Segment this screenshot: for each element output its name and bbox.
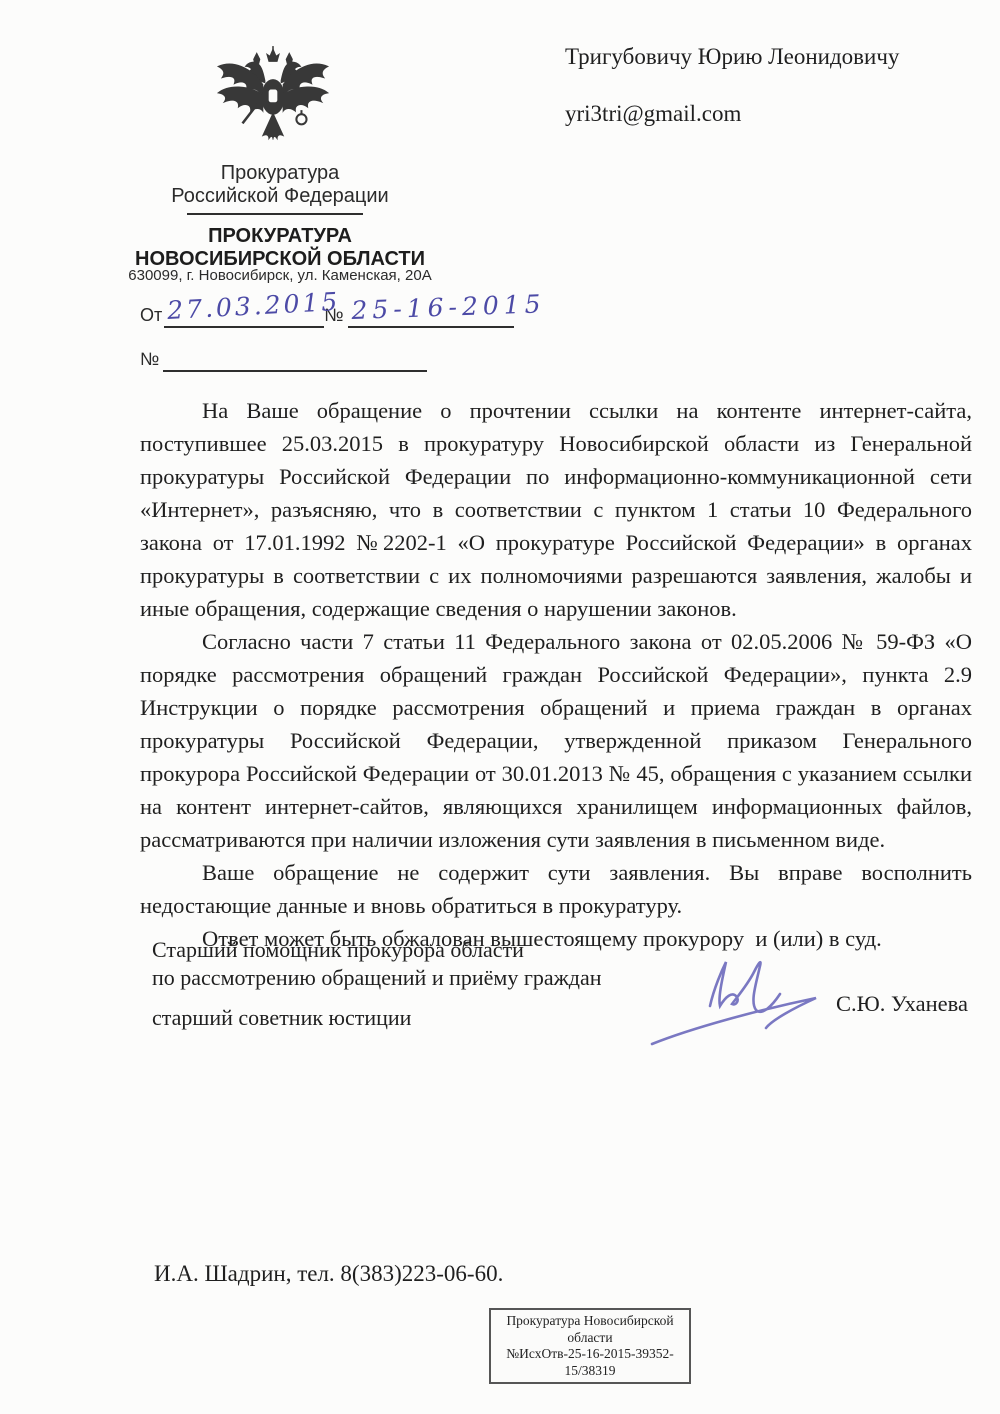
stamp-line2: области bbox=[492, 1330, 688, 1347]
handwritten-signature bbox=[648, 940, 858, 1060]
stamp-line1: Прокуратура Новосибирской bbox=[492, 1313, 688, 1330]
handwritten-number: 25-16-2015 bbox=[351, 289, 546, 325]
paragraph-2: Согласно части 7 статьи 11 Федерального … bbox=[140, 625, 972, 856]
registration-stamp: Прокуратура Новосибирской области №ИсхОт… bbox=[489, 1308, 691, 1384]
date-underline: 27.03.2015 bbox=[164, 296, 324, 328]
blank-underline bbox=[163, 340, 427, 372]
signer-position-line2: по рассмотрению обращений и приёму гражд… bbox=[152, 964, 602, 992]
signature-icon bbox=[648, 940, 858, 1055]
org-name-line1: ПРОКУРАТУРА bbox=[110, 225, 450, 248]
parent-org-name: Прокуратура Российской Федерации bbox=[130, 162, 430, 208]
handwritten-date: 27.03.2015 bbox=[167, 287, 341, 325]
number-label-2: № bbox=[140, 349, 159, 372]
signer-name: С.Ю. Уханева bbox=[836, 991, 968, 1017]
number-underline: 25-16-2015 bbox=[348, 296, 514, 328]
coat-of-arms-emblem bbox=[212, 46, 334, 158]
reference-line-1: От 27.03.2015 № 25-16-2015 bbox=[140, 296, 514, 328]
letter-body: На Ваше обращение о прочтении ссылки на … bbox=[140, 394, 972, 955]
addressee-email: yri3tri@gmail.com bbox=[565, 101, 741, 127]
signer-rank: старший советник юстиции bbox=[152, 1004, 602, 1032]
org-name: ПРОКУРАТУРА НОВОСИБИРСКОЙ ОБЛАСТИ bbox=[110, 225, 450, 271]
stamp-line3: №ИсхОтв-25-16-2015-39352- bbox=[492, 1346, 688, 1363]
parent-org-line2: Российской Федерации bbox=[130, 185, 430, 208]
addressee-name: Тригубовичу Юрию Леонидовичу bbox=[565, 44, 899, 70]
executor-contact: И.А. Шадрин, тел. 8(383)223-06-60. bbox=[154, 1261, 503, 1287]
signer-position-line1: Старший помощник прокурора области bbox=[152, 936, 602, 964]
signer-position-block: Старший помощник прокурора области по ра… bbox=[152, 936, 602, 1032]
double-headed-eagle-icon bbox=[212, 46, 334, 158]
paragraph-1: На Ваше обращение о прочтении ссылки на … bbox=[140, 394, 972, 625]
stamp-line4: 15/38319 bbox=[492, 1363, 688, 1380]
reference-line-2: № bbox=[140, 340, 427, 372]
from-label: От bbox=[140, 305, 162, 328]
paragraph-3: Ваше обращение не содержит сути заявлени… bbox=[140, 856, 972, 922]
org-address: 630099, г. Новосибирск, ул. Каменская, 2… bbox=[110, 267, 450, 284]
parent-org-line1: Прокуратура bbox=[130, 162, 430, 185]
letterhead-divider bbox=[187, 213, 363, 215]
scanned-letter-page: Тригубовичу Юрию Леонидовичу yri3tri@gma… bbox=[0, 0, 1000, 1414]
